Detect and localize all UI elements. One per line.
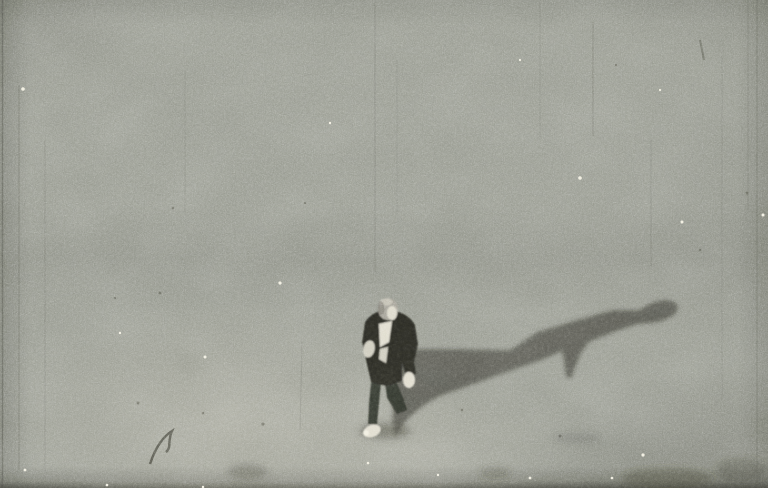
film-grain-overlay <box>0 0 768 488</box>
film-frame <box>0 0 768 488</box>
fine-noise <box>0 0 768 488</box>
